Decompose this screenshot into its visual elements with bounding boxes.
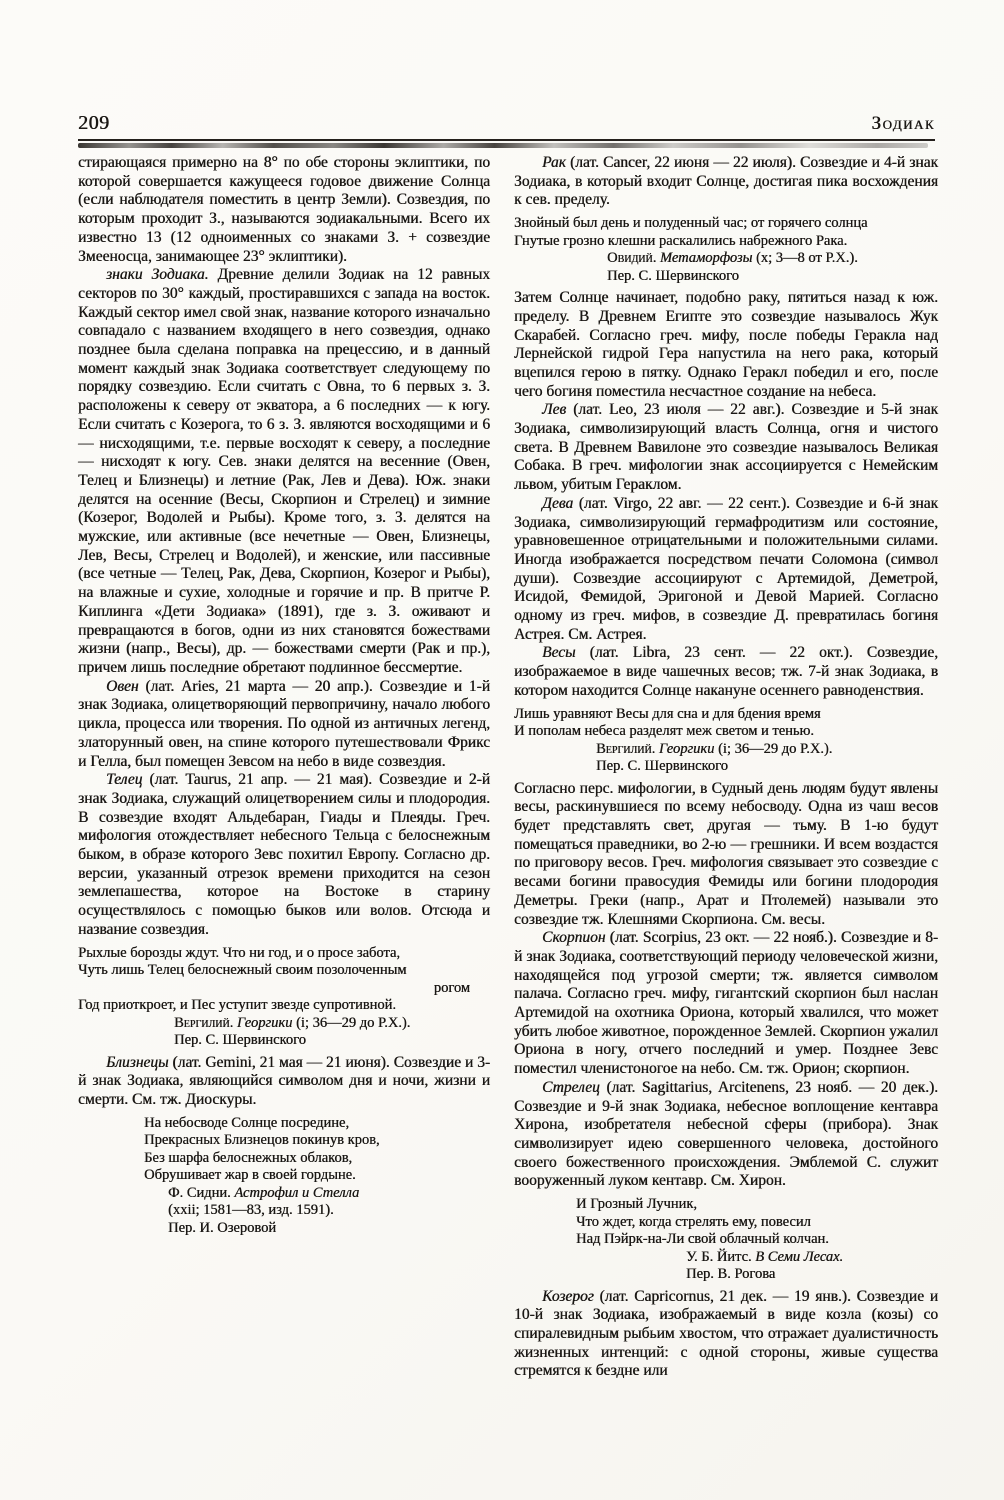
verse-work-title: Георгики [237,1015,293,1031]
paragraph-rak-continuation: Затем Солнце начинает, подобно раку, пят… [514,289,938,401]
verse-attribution: Вергилий. Георгики (i; 36—29 до Р.Х.). [78,1015,490,1033]
verse-author: Вергилий. [596,741,655,757]
entry-term-znaki-zodiaka: знаки Зодиака. [106,266,209,283]
verse-vergil-georgics-libra: Лишь уравняют Весы для сна и для бдения … [514,706,938,776]
entry-term-deva: Дева [542,495,573,512]
entry-deva-virgo: Дева (лат. Virgo, 22 авг. — 22 сент.). С… [514,495,938,645]
verse-work-title: В Семи Лесах. [755,1249,843,1265]
verse-author: Ф. Сидни. [168,1185,231,1201]
entry-text-vesy: (лат. Libra, 23 сент. — 22 окт.). Созвез… [514,644,938,698]
entry-text-znaki-zodiaka: Древние делили Зодиак на 12 равных секто… [78,266,490,676]
verse-attribution: Овидий. Метаморфозы (x; 3—8 от Р.Х.). [514,250,938,268]
entry-vesy-libra: Весы (лат. Libra, 23 сент. — 22 окт.). С… [514,644,938,700]
entry-kozerog-capricornus: Козерог (лат. Capricornus, 21 дек. — 19 … [514,1288,938,1382]
two-column-text: стирающаяся примерно на 8° по обе сторон… [78,154,938,1381]
entry-text-telets: (лат. Taurus, 21 апр. — 21 мая). Созвезд… [78,771,490,938]
verse-work-detail: (i; 36—29 до Р.Х.). [718,741,832,757]
verse-translator: Пер. С. Шервинского [514,758,938,776]
verse-lines: Лишь уравняют Весы для сна и для бдения … [514,706,938,741]
verse-yeats-seven-woods: И Грозный Лучник, Что ждет, когда стреля… [514,1196,938,1284]
entry-text-deva: (лат. Virgo, 22 авг. — 22 сент.). Созвез… [514,495,938,643]
entry-text-oven: (лат. Aries, 21 марта — 20 апр.). Созвез… [78,678,490,770]
entry-term-bliznetsy: Близнецы [106,1054,169,1071]
entry-rak-cancer: Рак (лат. Cancer, 22 июня — 22 июля). Со… [514,154,938,210]
paragraph-zodiac-continuation: стирающаяся примерно на 8° по обе сторон… [78,154,490,266]
verse-author: Овидий. [607,250,656,266]
verse-translator: Пер. В. Рогова [514,1266,938,1284]
entry-term-lev: Лев [542,401,566,418]
entry-term-strelets: Стрелец [542,1079,600,1096]
right-column: Рак (лат. Cancer, 22 июня — 22 июля). Со… [514,154,938,1381]
verse-sidney-astrophil: На небосводе Солнце посредине, Прекрасны… [78,1115,490,1238]
entry-term-skorpion: Скорпион [542,929,605,946]
verse-translator: Пер. И. Озеровой [78,1220,490,1238]
entry-telets-taurus: Телец (лат. Taurus, 21 апр. — 21 мая). С… [78,771,490,939]
entry-strelets-sagittarius: Стрелец (лат. Sagittarius, Arcitenens, 2… [514,1079,938,1191]
entry-term-oven: Овен [106,678,139,695]
verse-ovid-metamorphoses: Знойный был день и полуденный час; от го… [514,215,938,285]
header-rule [78,139,935,141]
entry-znaki-zodiaka: знаки Зодиака. Древние делили Зодиак на … [78,266,490,677]
verse-attribution: У. Б. Йитс. В Семи Лесах. [514,1249,938,1267]
left-column: стирающаяся примерно на 8° по обе сторон… [78,154,490,1241]
verse-author: У. Б. Йитс. [686,1249,752,1265]
entry-bliznetsy-gemini: Близнецы (лат. Gemini, 21 мая — 21 июня)… [78,1054,490,1110]
verse-author: Вергилий. [174,1015,233,1031]
verse-work-detail: (x; 3—8 от Р.Х.). [756,250,858,266]
verse-work-title: Астрофил и Стелла [234,1185,359,1201]
verse-hanging-word: рогом [78,980,490,998]
page-number: 209 [78,112,110,135]
verse-attribution: Ф. Сидни. Астрофил и Стелла [78,1185,490,1203]
verse-lines: На небосводе Солнце посредине, Прекрасны… [78,1115,490,1185]
entry-term-vesy: Весы [542,644,576,661]
entry-text-rak: (лат. Cancer, 22 июня — 22 июля). Созвез… [514,154,938,208]
verse-attribution: Вергилий. Георгики (i; 36—29 до Р.Х.). [514,741,938,759]
verse-lines: Знойный был день и полуденный час; от го… [514,215,938,250]
verse-lines: Рыхлые борозды ждут. Что ни год, и о про… [78,945,490,980]
verse-vergil-georgics: Рыхлые борозды ждут. Что ни год, и о про… [78,945,490,1050]
verse-translator: Пер. С. Шервинского [514,268,938,286]
entry-text-skorpion: (лат. Scorpius, 23 окт. — 22 нояб.). Соз… [514,929,938,1077]
page-header: 209 Зодиак [78,112,935,135]
verse-work-detail: (xxii; 1581—83, изд. 1591). [78,1202,490,1220]
entry-term-kozerog: Козерог [542,1288,594,1305]
entry-oven-aries: Овен (лат. Aries, 21 марта — 20 апр.). С… [78,678,490,772]
verse-translator: Пер. С. Шервинского [78,1032,490,1050]
verse-work-title: Метаморфозы [660,250,752,266]
entry-term-telets: Телец [106,771,142,788]
verse-work-detail: (i; 36—29 до Р.Х.). [296,1015,410,1031]
entry-lev-leo: Лев (лат. Leo, 23 июля — 22 авг.). Созве… [514,401,938,495]
book-page-scan: 209 Зодиак стирающаяся примерно на 8° по… [0,0,1004,1500]
running-title: Зодиак [871,113,935,135]
scan-smudge-artifact [78,143,928,148]
verse-work-title: Георгики [659,741,715,757]
entry-text-lev: (лат. Leo, 23 июля — 22 авг.). Созвездие… [514,401,938,493]
entry-skorpion-scorpius: Скорпион (лат. Scorpius, 23 окт. — 22 но… [514,929,938,1079]
verse-line: Год приоткроет, и Пес уступит звезде суп… [78,997,490,1015]
paragraph-vesy-continuation: Согласно перс. мифологии, в Судный день … [514,780,938,930]
verse-lines: И Грозный Лучник, Что ждет, когда стреля… [514,1196,938,1249]
entry-term-rak: Рак [542,154,566,171]
